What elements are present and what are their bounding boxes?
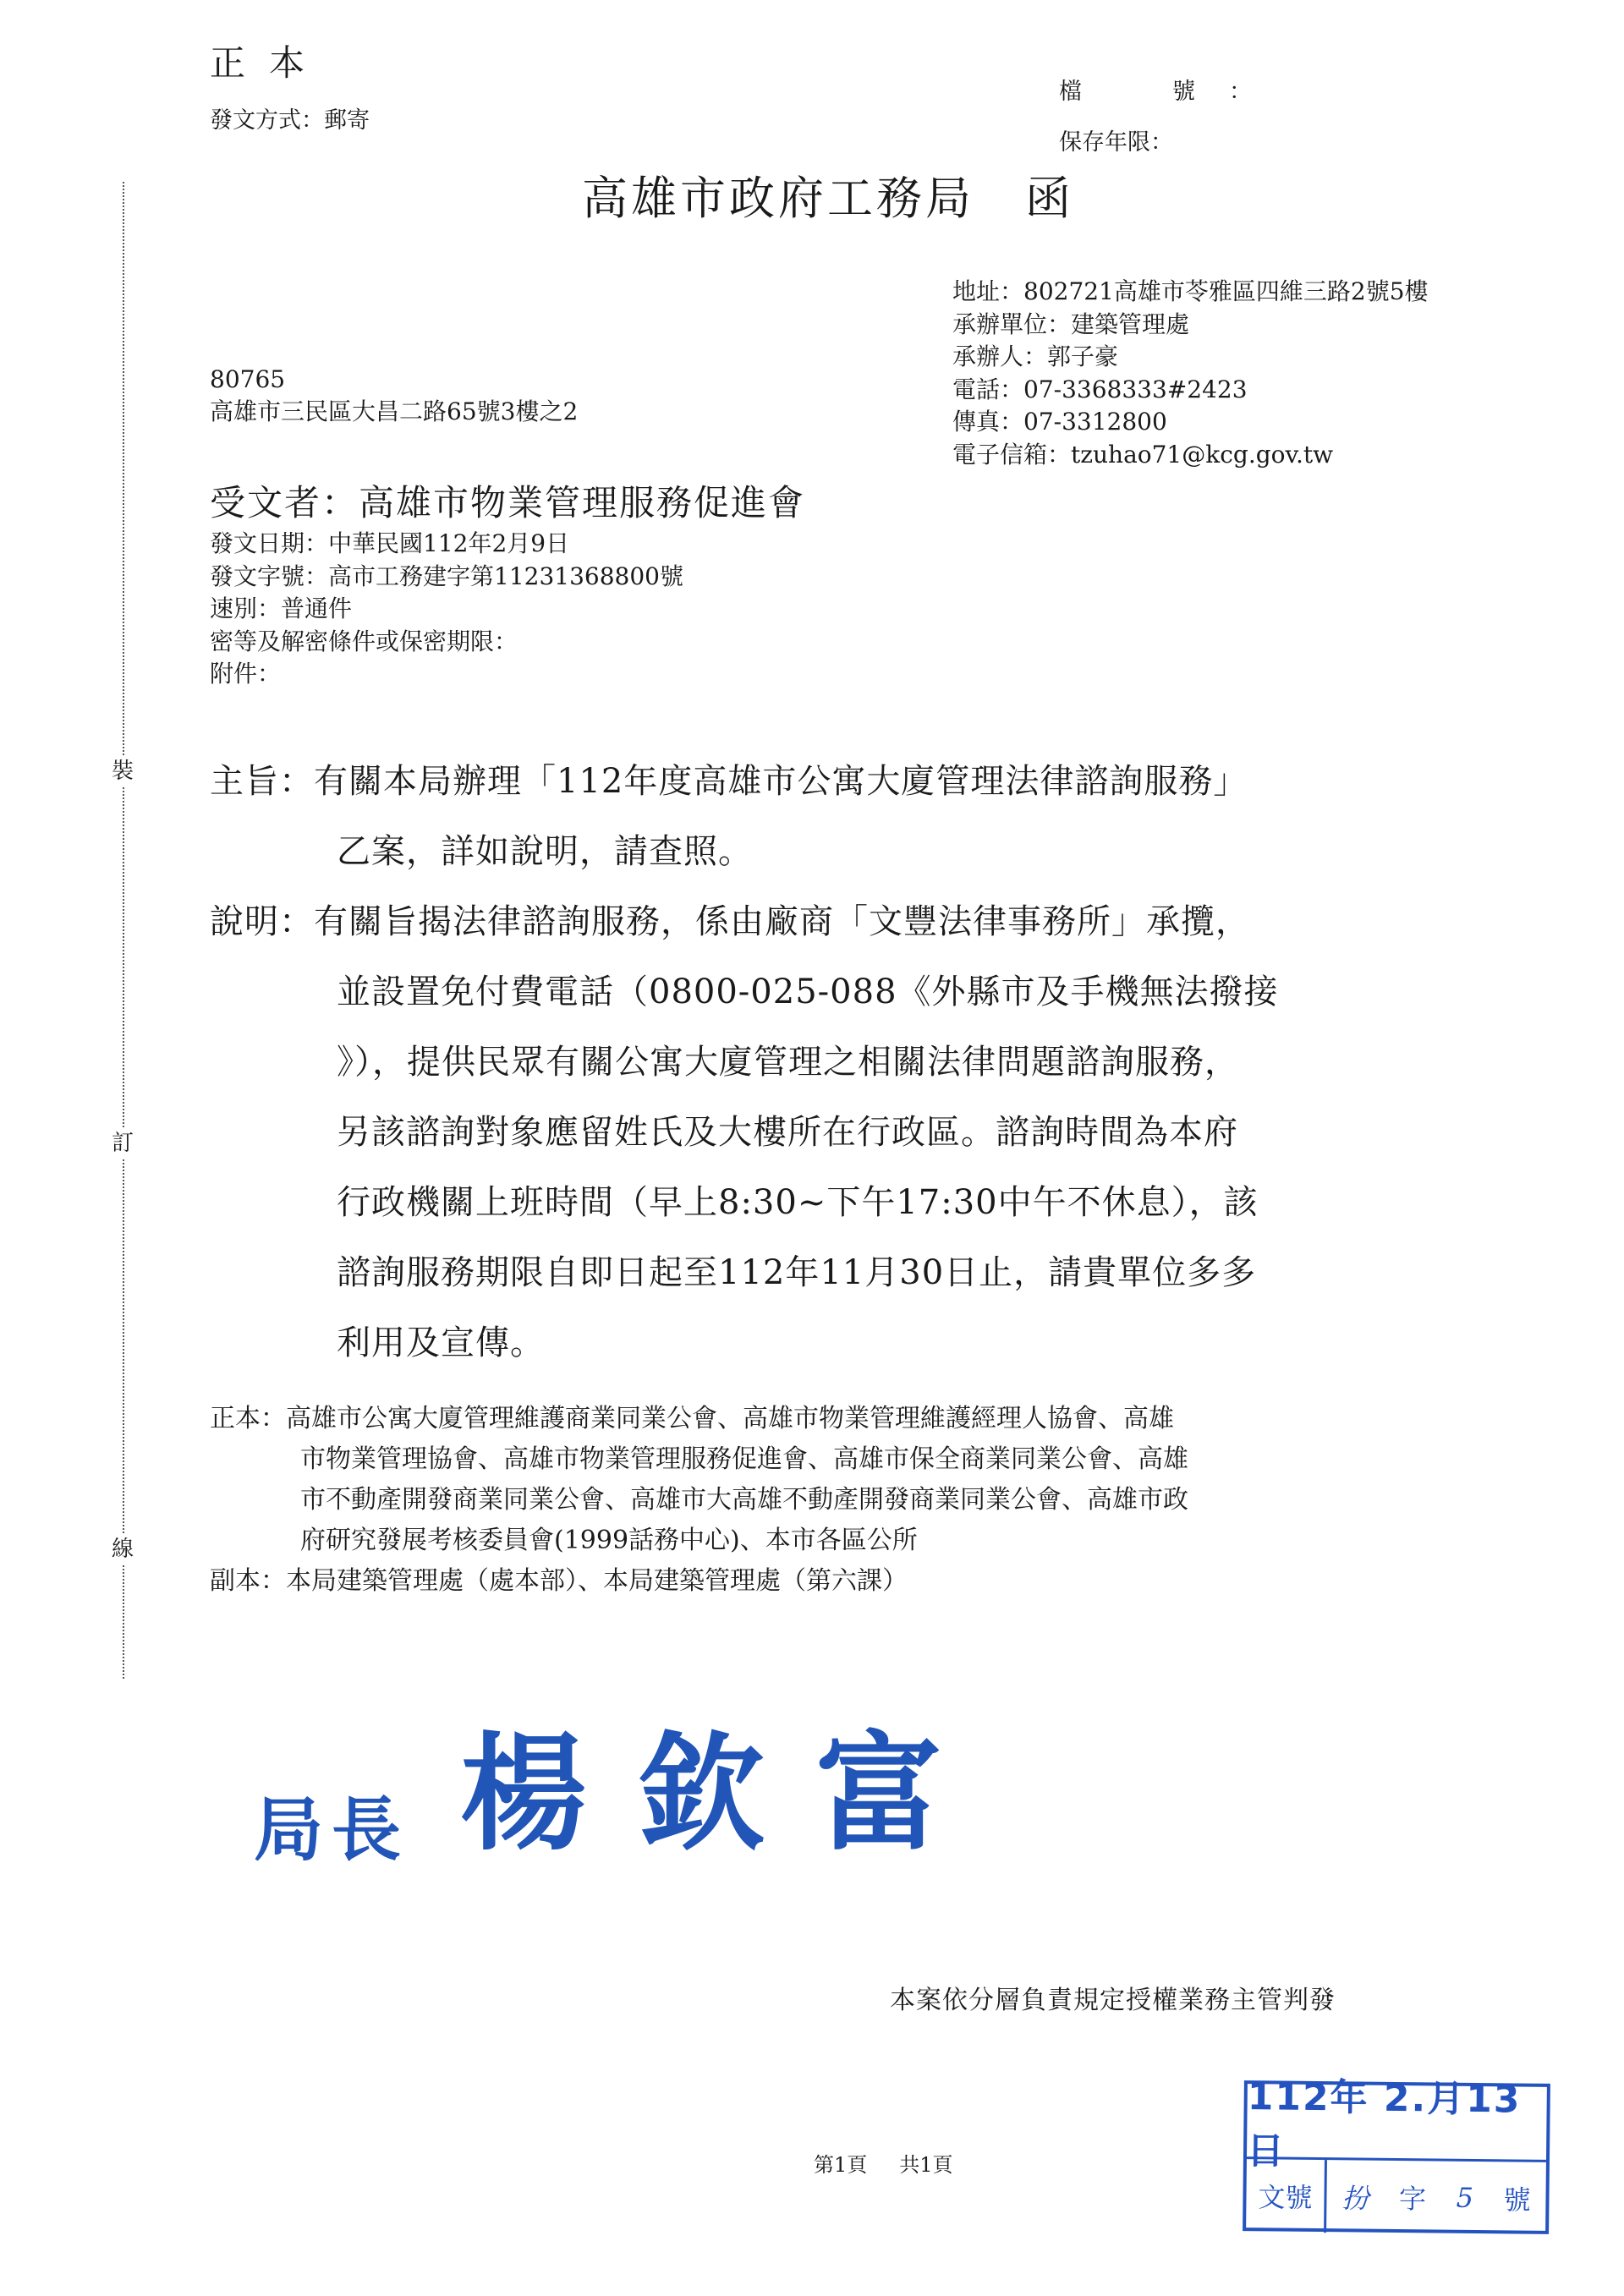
postal-code: 80765 [210, 364, 578, 396]
email: 電子信箱：tzuhao71@kcg.gov.tw [952, 439, 1429, 472]
file-number: 檔 號： [1059, 73, 1252, 106]
file-number-label: 檔 號 [1059, 79, 1229, 105]
page-current: 第1頁 [814, 2153, 867, 2177]
copy-type: 正本 [210, 36, 328, 86]
handler-name: 承辦人：郭子豪 [952, 341, 1429, 374]
stamp-prefix: 扮 [1341, 2177, 1369, 2216]
document-title: 高雄市政府工務局函 [582, 162, 1074, 227]
fax: 傳真：07-3312800 [952, 406, 1429, 439]
page-total: 共1頁 [899, 2153, 952, 2177]
speed-class: 速別：普通件 [210, 593, 683, 626]
delegation-note: 本案依分層負責規定授權業務主管判發 [890, 1979, 1336, 2016]
main-recipients-line-4: 府研究發展考核委員會(1999話務中心)、本市各區公所 [300, 1519, 918, 1556]
description-line-2: 並設置免付費電話（0800-025-088《外縣市及手機無法撥接 [337, 965, 1279, 1013]
signature-name: 楊欽富 [460, 1719, 993, 1868]
stamp-doc-number-row: 文號 扮 字 5 號 [1246, 2159, 1546, 2235]
document-meta: 發文日期：中華民國112年2月9日 發文字號：高市工務建字第1123136880… [210, 528, 683, 691]
description-line-7: 利用及宣傳。 [337, 1316, 545, 1364]
copy-recipients: 副本：本局建築管理處（處本部）、本局建築管理處（第六課） [210, 1559, 908, 1597]
stamp-hao: 號 [1503, 2178, 1530, 2217]
main-recipients-line-3: 市不動產開發商業同業公會、高雄市大高雄不動產開發商業同業公會、高雄市政 [300, 1478, 1188, 1515]
retention-period: 保存年限： [1059, 123, 1173, 156]
description-line-1: 說明：有關旨揭法律諮詢服務，係由廠商「文豐法律事務所」承攬， [210, 895, 1250, 943]
director-signature: 局長楊欽富 [254, 1691, 993, 1874]
subject-line-2: 乙案，詳如說明，請查照。 [337, 825, 753, 873]
attachments: 附件： [210, 658, 683, 691]
received-stamp: 112年 2.月13日 文號 扮 字 5 號 [1243, 2080, 1550, 2234]
issuing-organization: 高雄市政府工務局 [582, 172, 974, 225]
subject-line-1: 主旨：有關本局辦理「112年度高雄市公寓大廈管理法律諮詢服務」 [210, 754, 1248, 803]
document-number: 發文字號：高市工務建字第11231368800號 [210, 561, 683, 594]
description-line-4: 另該諮詢對象應留姓氏及大樓所在行政區。諮詢時間為本府 [337, 1105, 1238, 1153]
stamp-zi: 字 [1399, 2178, 1426, 2217]
recipient: 受文者：高雄市物業管理服務促進會 [210, 475, 805, 526]
binding-line [123, 182, 124, 1679]
send-method: 發文方式：郵寄 [210, 101, 370, 134]
binding-mark-xian: 線 [112, 1535, 134, 1564]
document-type: 函 [1025, 172, 1074, 225]
page-number: 第1頁共1頁 [814, 2148, 953, 2178]
description-line-3: 》），提供民眾有關公寓大廈管理之相關法律問題諮詢服務， [337, 1035, 1239, 1083]
stamp-label: 文號 [1246, 2159, 1327, 2233]
stamp-doc-number: 扮 字 5 號 [1326, 2160, 1546, 2235]
sender-address: 地址：802721高雄市苓雅區四維三路2號5樓 [952, 276, 1429, 309]
stamp-date: 112年 2.月13日 [1247, 2084, 1547, 2162]
signature-title: 局長 [254, 1789, 409, 1871]
file-number-colon: ： [1229, 79, 1252, 105]
stamp-number: 5 [1456, 2182, 1473, 2214]
handling-unit: 承辦單位：建築管理處 [952, 309, 1429, 342]
main-recipients-line-2: 市物業管理協會、高雄市物業管理服務促進會、高雄市保全商業同業公會、高雄 [300, 1438, 1188, 1475]
classification: 密等及解密條件或保密期限： [210, 626, 683, 659]
issue-date: 發文日期：中華民國112年2月9日 [210, 528, 683, 561]
main-recipients-line-1: 正本：高雄市公寓大廈管理維護商業同業公會、高雄市物業管理維護經理人協會、高雄 [210, 1397, 1174, 1434]
recipient-street-address: 高雄市三民區大昌二路65號3樓之2 [210, 396, 578, 428]
phone: 電話：07-3368333#2423 [952, 374, 1429, 407]
binding-mark-zhuang: 裝 [112, 757, 134, 786]
description-line-5: 行政機關上班時間（早上8:30~下午17:30中午不休息），該 [337, 1175, 1259, 1224]
sender-contact: 地址：802721高雄市苓雅區四維三路2號5樓 承辦單位：建築管理處 承辦人：郭… [952, 276, 1429, 471]
recipient-address: 80765 高雄市三民區大昌二路65號3樓之2 [210, 364, 578, 428]
description-line-6: 諮詢服務期限自即日起至112年11月30日止，請貴單位多多 [337, 1246, 1256, 1294]
binding-mark-ding: 訂 [112, 1129, 134, 1158]
